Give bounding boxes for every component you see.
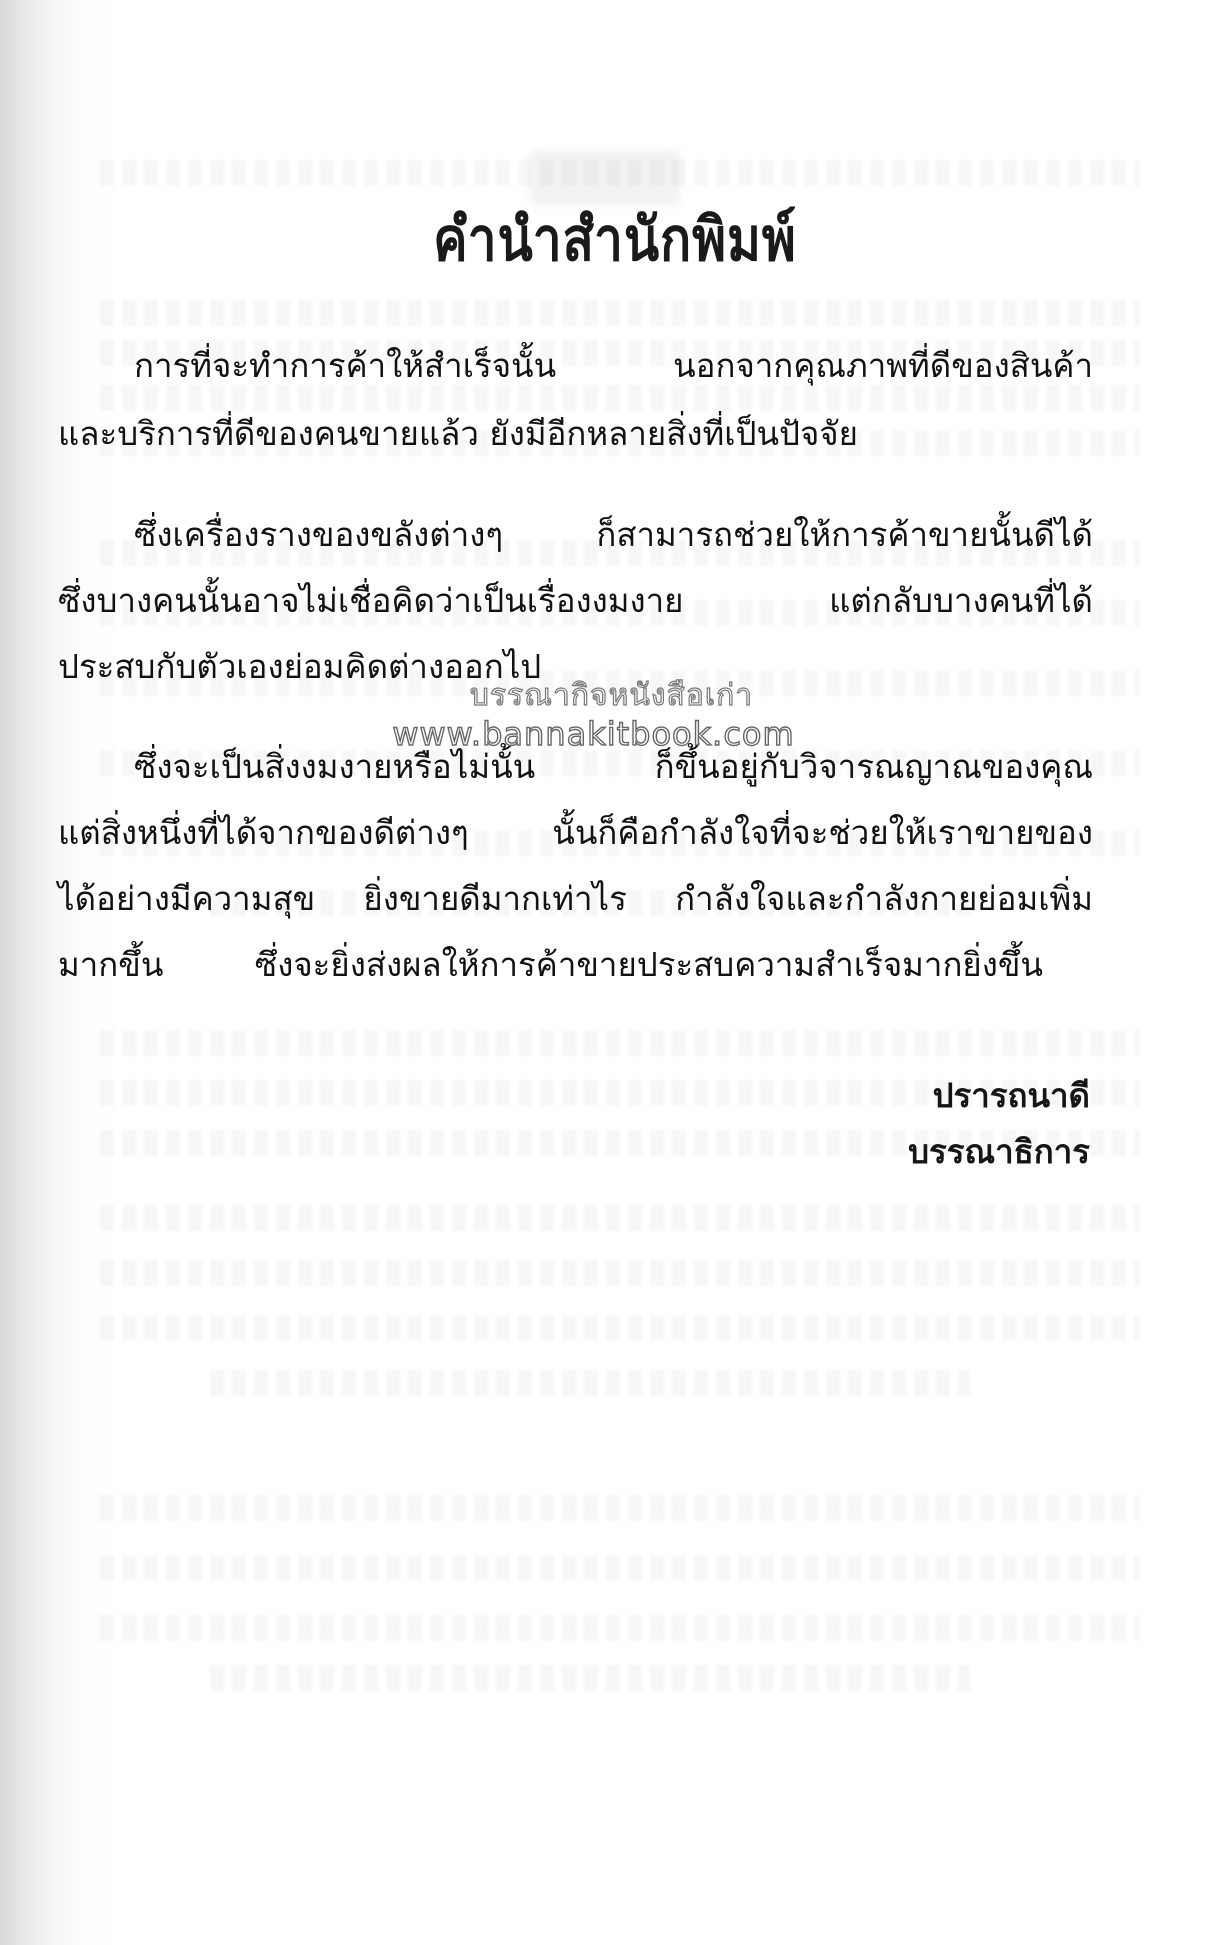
paragraph-3-line-2: แต่สิ่งหนึ่งที่ได้จากของดีต่างๆ นั้นก็คื… xyxy=(58,803,1093,863)
bleed-through-line xyxy=(210,1665,970,1691)
bleed-through-line xyxy=(100,1615,1140,1641)
bleed-through-line xyxy=(100,300,1140,326)
paragraph-1-line-1: การที่จะทำการค้าให้สำเร็จนั้น นอกจากคุณภ… xyxy=(134,336,1093,396)
paragraph-1-line-2: และบริการที่ดีของคนขายแล้ว ยังมีอีกหลายส… xyxy=(58,404,838,464)
bleed-through-line xyxy=(100,1205,1140,1231)
signature-editor: บรรณาธิการ xyxy=(908,1122,1090,1182)
paragraph-3-line-3: ได้อย่างมีความสุข ยิ่งขายดีมากเท่าไร กำล… xyxy=(58,869,1093,929)
watermark-site: www.bannakitbook.com xyxy=(0,714,1205,754)
watermark-name: บรรณากิจหนังสือเก่า xyxy=(0,676,1223,716)
bleed-through-line xyxy=(100,1260,1140,1286)
page-title: คำนำสำนักพิมพ์ xyxy=(89,200,1141,280)
bleed-through-line xyxy=(210,1370,970,1396)
bleed-through-line xyxy=(100,1315,1140,1341)
bleed-through-line xyxy=(100,1495,1140,1521)
paragraph-3-line-4: มากขึ้น ซึ่งจะยิ่งส่งผลให้การค้าขายประสบ… xyxy=(58,935,1043,995)
bleed-through-line xyxy=(100,1555,1140,1581)
bleed-through-line xyxy=(100,160,1140,186)
closing-text: ปรารถนาดี xyxy=(933,1066,1090,1126)
paragraph-2-line-2: ซึ่งบางคนนั้นอาจไม่เชื่อคิดว่าเป็นเรื่อง… xyxy=(58,571,1093,631)
book-page: คำนำสำนักพิมพ์ การที่จะทำการค้าให้สำเร็จ… xyxy=(0,0,1223,1945)
bleed-through-line xyxy=(100,1030,1140,1056)
paragraph-2-line-1: ซึ่งเครื่องรางของขลังต่างๆ ก็สามารถช่วยใ… xyxy=(134,505,1093,565)
